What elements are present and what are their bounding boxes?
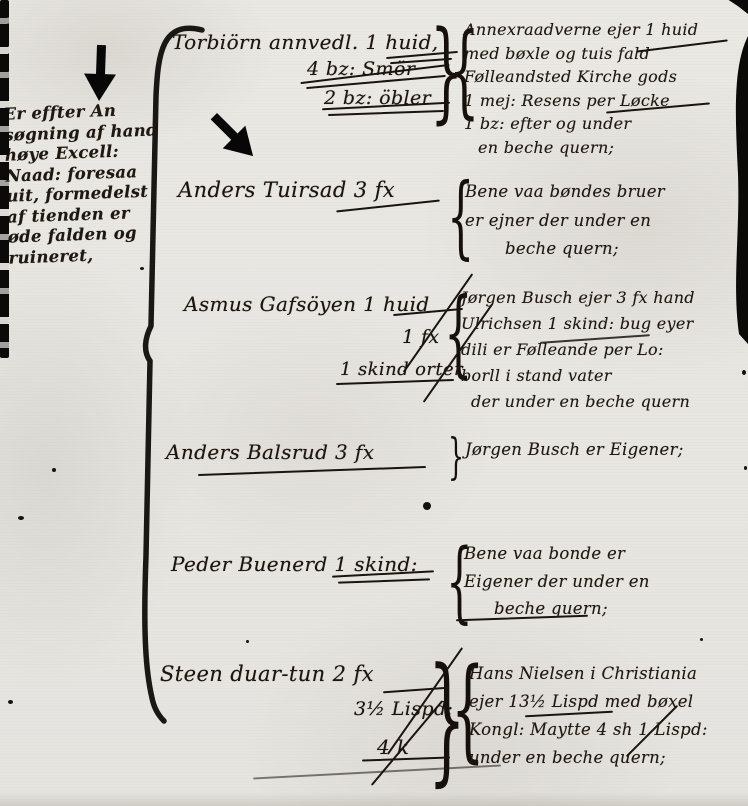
entry-1-note: Annexraadverne ejer 1 huid med bøxle og … (464, 18, 698, 159)
entry-6-amount: 4 k (377, 735, 409, 759)
paper-speck (52, 468, 56, 472)
note-line: Jørgen Busch er Eigener; (465, 440, 684, 459)
paper-speck (8, 700, 13, 704)
entry-4-note: Jørgen Busch er Eigener; (465, 440, 684, 459)
ink-dot (423, 502, 431, 510)
note-line: 1 mej: Resens per Løcke (464, 89, 698, 113)
note-line: 1 bz: efter og under (464, 112, 698, 136)
entry-3-note: Jørgen Busch ejer 3 fx hand Ulrichsen 1 … (461, 285, 695, 415)
entry-3-name: Asmus Gafsöyen 1 huid (184, 292, 430, 316)
note-line: Hans Nielsen i Christiania (469, 660, 708, 688)
note-line: under en beche quern; (469, 744, 708, 772)
note-line: Ulrichsen 1 skind: bug eyer (461, 311, 695, 337)
note-line: Kongl: Maytte 4 sh 1 Lispd: (469, 716, 708, 744)
note-line: en beche quern; (478, 136, 698, 160)
note-line: Annexraadverne ejer 1 huid (464, 18, 698, 42)
entry-6-name: Steen duar-tun 2 fx (160, 662, 374, 686)
paper-speck (18, 516, 24, 520)
entry-4-name: Anders Balsrud 3 fx (166, 440, 374, 464)
note-line: Eigener der under en (464, 568, 650, 596)
note-line: ejer 13½ Lispd med bøxel (469, 688, 708, 716)
note-line: Bene vaa bøndes bruer (465, 178, 665, 207)
entry-3-amount: 1 fx (402, 326, 439, 348)
entry-2-note: Bene vaa bøndes bruer er ejner der under… (465, 178, 665, 264)
paper-speck (742, 370, 746, 375)
entry-6-note: Hans Nielsen i Christiania ejer 13½ Lisp… (469, 660, 708, 772)
entry-1-name: Torbiörn annvedl. 1 huid, (172, 30, 439, 54)
arrow-shaft (96, 45, 106, 76)
note-line: beche quern; (494, 595, 650, 623)
entry-2-name: Anders Tuirsad 3 fx (178, 178, 395, 202)
entry-5-name: Peder Buenerd 1 skind: (171, 552, 418, 576)
note-line: beche quern; (505, 235, 665, 264)
paper-speck (744, 466, 747, 470)
paper-speck (140, 267, 144, 270)
paper-speck (246, 640, 249, 643)
note-line: Følleandsted Kirche gods (464, 65, 698, 89)
scan-edge-left (0, 0, 9, 358)
paper-speck (700, 638, 703, 641)
scan-edge-right (726, 22, 748, 352)
entry-6-amount: 3½ Lispd: (354, 698, 453, 720)
entry-4-note-brace: } (448, 432, 464, 480)
manuscript-page: Er effter An søgning af hand høye Excell… (0, 0, 748, 806)
arrow-annotation-down (83, 44, 117, 103)
entry-3-amount: 1 skind orter (340, 359, 463, 380)
entry-5-note: Bene vaa bonde er Eigener der under en b… (464, 540, 650, 623)
entry-1-amount: 2 bz: öbler (324, 87, 431, 109)
note-line: der under en beche quern (471, 389, 695, 415)
note-line: dili er Følleande per Lo: (461, 337, 695, 363)
note-line: Jørgen Busch ejer 3 fx hand (461, 285, 695, 311)
note-line: borll i stand vater (461, 363, 695, 389)
marginal-note: Er effter An søgning af hand høye Excell… (3, 99, 162, 268)
note-line: Bene vaa bonde er (464, 540, 650, 568)
arrow-head (83, 73, 116, 101)
note-line: er ejner der under en (465, 207, 665, 236)
entry-1-amount: 4 bz: Smör (307, 58, 415, 80)
note-line: med bøxle og tuis fald (464, 42, 698, 66)
